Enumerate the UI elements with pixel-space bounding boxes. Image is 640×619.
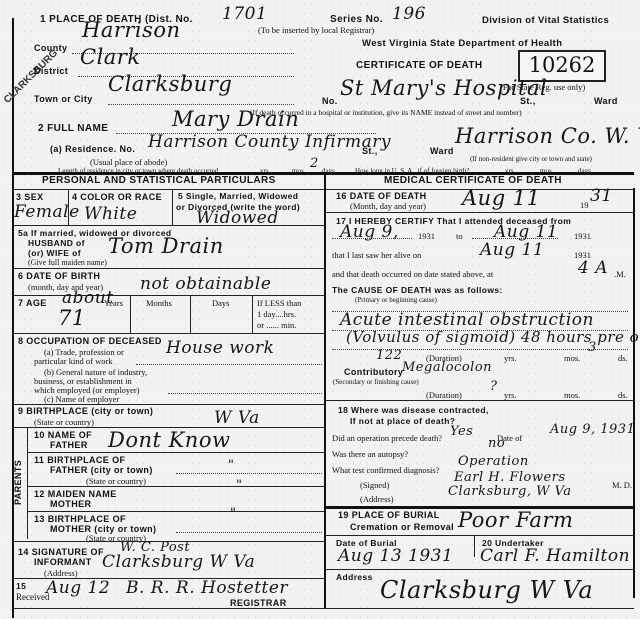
residence-st-label: St.,	[362, 146, 378, 156]
age-less-2: 1 day....hrs.	[257, 309, 296, 319]
sex-value: Female	[14, 202, 80, 222]
marital-label-1: 5 Single, Married, Widowed	[178, 191, 298, 201]
registrar-label: REGISTRAR	[230, 598, 287, 608]
duration-yrs-label: yrs.	[504, 353, 517, 363]
op-date-value: Aug 9, 1931	[550, 422, 635, 437]
personal-section-title: PERSONAL AND STATISTICAL PARTICULARS	[42, 175, 276, 186]
address-label: (Address)	[360, 494, 394, 504]
father-bp-label-2: FATHER (city or town)	[50, 465, 153, 475]
left-border	[12, 18, 14, 618]
age-less-3: or ...... min.	[257, 320, 296, 330]
certificate-title: CERTIFICATE OF DEATH	[356, 60, 483, 71]
duration-ds-label: ds.	[618, 353, 628, 363]
attend-from-year: 1931	[418, 231, 435, 241]
hospital-st-label: St.,	[520, 96, 536, 106]
right-border	[633, 188, 635, 598]
full-name-label: 2 FULL NAME	[38, 123, 108, 134]
to-label: to	[456, 231, 463, 241]
informant-label-3: (Address)	[44, 568, 78, 578]
county-value: Harrison	[82, 18, 181, 42]
mother-value: "	[236, 478, 242, 493]
dist-no-value: 1701	[222, 4, 267, 24]
contrib-ds-label: ds.	[618, 390, 628, 400]
undertaker-address-label: Address	[336, 572, 373, 582]
division-label: Division of Vital Statistics	[482, 15, 609, 26]
q18-label-2: If not at place of death?	[350, 416, 455, 426]
burial-value: Poor Farm	[458, 508, 573, 532]
mother-bp-label-1: 13 BIRTHPLACE OF	[34, 514, 126, 524]
hospital-value: St Mary's Hospital	[340, 76, 547, 100]
received-label-1: 15	[16, 581, 26, 591]
duration-mos-label: mos.	[564, 353, 580, 363]
contributory-note: (Secondary or finishing cause)	[333, 378, 419, 386]
undertaker-value: Carl F. Hamilton	[480, 546, 630, 566]
dob-label-1: 6 DATE OF BIRTH	[18, 271, 100, 281]
informant-label-2: INFORMANT	[34, 557, 92, 567]
last-saw-value: Aug 11	[480, 240, 544, 260]
attend-to-year: 1931	[574, 231, 591, 241]
spouse-label-3: (or) WIFE of	[28, 248, 81, 258]
usual-abode-note: (Usual place of abode)	[90, 157, 167, 167]
cause-primary-1: Acute intestinal obstruction	[340, 310, 594, 330]
autopsy-value: no	[488, 436, 505, 451]
hospital-no-label: No.	[322, 96, 338, 106]
received-label-2: Received	[16, 592, 49, 602]
cause-duration-value: 122	[376, 348, 402, 363]
birthplace-label-1: 9 BIRTHPLACE (city or town)	[18, 406, 153, 416]
dob-value: not obtainable	[140, 274, 271, 294]
registrar-signature: B. R. R. Hostetter	[126, 578, 288, 598]
birthplace-label-2: (State or country)	[34, 417, 94, 427]
district-label: District	[34, 66, 68, 76]
series-no-value: 196	[392, 4, 426, 24]
occupation-label: 8 OCCUPATION OF DECEASED	[18, 336, 162, 346]
residence-label: (a) Residence. No.	[50, 144, 135, 154]
father-bp-value: "	[228, 458, 234, 473]
contrib-yrs-label: yrs.	[504, 390, 517, 400]
q18-label-1: 18 Where was disease contracted,	[338, 405, 489, 415]
mother-label-1: 12 MAIDEN NAME	[34, 489, 117, 499]
town-value: Clarksburg	[108, 72, 232, 96]
test-value: Operation	[458, 454, 529, 469]
age-value-about: about	[62, 288, 114, 308]
occ-c-label: (c) Name of employer	[44, 394, 119, 404]
last-saw-label: that I last saw her alive on	[332, 250, 421, 260]
center-divider	[324, 172, 326, 608]
dod-year-prefix: 19	[580, 200, 589, 210]
spouse-label-2: HUSBAND of	[28, 238, 85, 248]
time-value: 4 A	[578, 258, 608, 278]
county-label: County	[34, 43, 67, 53]
father-label-1: 10 NAME OF	[34, 430, 92, 440]
res-mos-value: 2	[310, 156, 319, 171]
hospital-ward-label: Ward	[594, 96, 618, 106]
age-days-label: Days	[212, 298, 229, 308]
father-label-2: FATHER	[50, 440, 88, 450]
contributory-value: Megalocolon	[402, 360, 492, 375]
medical-section-title: MEDICAL CERTIFICATE OF DEATH	[384, 175, 562, 186]
test-label: What test confirmed diagnosis?	[332, 465, 439, 475]
attend-to-value: Aug 11	[494, 222, 558, 242]
dod-label-1: 16 DATE OF DEATH	[336, 191, 427, 201]
birthplace-value: W Va	[214, 408, 260, 428]
race-label: 4 COLOR OR RACE	[72, 192, 162, 202]
father-value: Dont Know	[108, 428, 230, 452]
md-label: M. D.	[612, 480, 632, 490]
race-value: White	[84, 204, 137, 224]
contrib-duration-label: (Duration)	[426, 390, 462, 400]
informant-address-value: Clarksburg W Va	[102, 552, 255, 572]
residence-value: Harrison County Infirmary	[148, 132, 391, 152]
age-months-label: Months	[146, 298, 172, 308]
burial-label-1: 19 PLACE OF BURIAL	[338, 510, 440, 520]
nonresident-note: (If non-resident give city or town and s…	[470, 155, 592, 163]
signed-label: (Signed)	[360, 480, 389, 490]
time-suffix: .M.	[614, 269, 626, 279]
informant-label-1: 14 SIGNATURE OF	[18, 547, 104, 557]
dod-value: Aug 11	[462, 186, 541, 210]
dod-year-value: 31	[590, 186, 613, 206]
burial-date-value: Aug 13 1931	[338, 546, 453, 566]
spouse-value: Tom Drain	[108, 234, 224, 258]
attend-from-value: Aug 9,	[340, 222, 399, 242]
occurred-label: and that death occurred on date stated a…	[332, 269, 493, 279]
operation-value: Yes	[450, 424, 473, 439]
occ-a-label-2: particular kind of work	[34, 356, 113, 366]
occupation-value: House work	[166, 338, 274, 358]
sex-label: 3 SEX	[16, 192, 44, 202]
cause-note: (Primary or beginning cause)	[355, 296, 437, 304]
age-value-years: 71	[58, 306, 86, 330]
duration-mos-value: 3	[588, 340, 597, 355]
autopsy-label: Was there an autopsy?	[332, 449, 408, 459]
undertaker-address-value: Clarksburg W Va	[380, 576, 593, 604]
series-label: Series No.	[330, 14, 383, 25]
dod-label-2: (Month, day and year)	[350, 201, 426, 211]
spouse-label-4: (Give full maiden name)	[28, 258, 107, 267]
operation-label: Did an operation precede death?	[332, 433, 442, 443]
district-value: Clark	[80, 45, 141, 69]
contrib-duration-value: ?	[490, 379, 497, 394]
received-date-value: Aug 12	[46, 578, 110, 598]
age-label: 7 AGE	[18, 298, 47, 308]
residence-ward-label: Ward	[430, 146, 454, 156]
department-label: West Virginia State Department of Health	[362, 38, 562, 49]
burial-label-2: Cremation or Removal	[350, 522, 454, 532]
signed-value: Earl H. Flowers	[454, 470, 566, 485]
father-bp-label-3: (State or country)	[86, 476, 146, 486]
parents-label: PARENTS	[13, 460, 23, 505]
town-label: Town or City	[34, 94, 93, 104]
mother-label-2: MOTHER	[50, 499, 91, 509]
cause-label: The CAUSE OF DEATH was as follows:	[332, 285, 503, 295]
father-bp-label-1: 11 BIRTHPLACE OF	[34, 455, 125, 465]
full-name-value: Mary Drain	[172, 107, 299, 131]
residence-ward-value: Harrison Co. W. Va	[455, 124, 640, 148]
contributory-label: Contributory	[344, 367, 403, 377]
contrib-mos-label: mos.	[564, 390, 580, 400]
age-less-1: If LESS than	[257, 298, 301, 308]
address-value: Clarksburg, W Va	[448, 484, 572, 499]
mother-bp-value: "	[230, 506, 236, 521]
to-be-inserted-note: (To be inserted by local Registrar)	[258, 25, 374, 35]
